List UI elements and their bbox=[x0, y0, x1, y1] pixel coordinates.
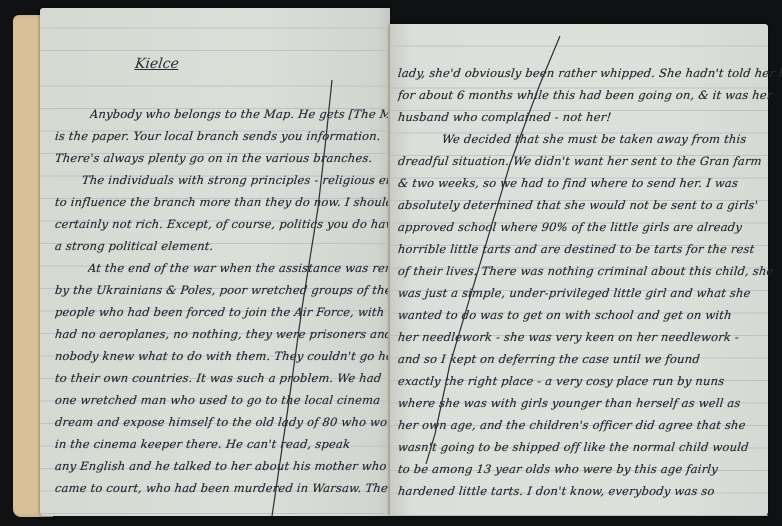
handwritten-line: nobody knew what to do with them. They c… bbox=[54, 348, 412, 364]
handwritten-line: in the cinema keeper there. He can't rea… bbox=[54, 436, 351, 452]
handwritten-line: horrible little tarts and are destined t… bbox=[397, 241, 755, 257]
handwritten-line: her own age, and the children's officer … bbox=[397, 417, 746, 433]
handwritten-line: of their lives. There was nothing crimin… bbox=[397, 263, 774, 279]
handwritten-line: & two weeks, so we had to find where to … bbox=[397, 175, 739, 191]
handwritten-line: lady, she'd obviously been rather whippe… bbox=[397, 65, 782, 81]
handwritten-line: wanted to do was to get on with school a… bbox=[397, 307, 732, 323]
handwritten-line: to influence the branch more than they d… bbox=[54, 194, 413, 210]
handwritten-line: We decided that she must be taken away f… bbox=[441, 131, 747, 147]
handwritten-line: had no aeroplanes, no nothing, they were… bbox=[54, 326, 393, 342]
handwritten-line: came to court, who had been murdered in … bbox=[54, 480, 411, 496]
handwritten-line: any English and he talked to her about h… bbox=[54, 458, 387, 474]
handwritten-line: one wretched man who used to go to the l… bbox=[54, 392, 381, 408]
handwritten-line: At the end of the war when the assistanc… bbox=[87, 260, 428, 276]
handwritten-line: a strong political element. bbox=[54, 238, 214, 254]
handwritten-line: exactly the right place - a very cosy pl… bbox=[397, 373, 725, 389]
handwritten-line: people who had been forced to join the A… bbox=[54, 304, 385, 320]
handwritten-line: was just a simple, under-privileged litt… bbox=[397, 285, 751, 301]
handwritten-line: The individuals with strong principles -… bbox=[81, 172, 402, 188]
handwritten-line: to their own countries. It was such a pr… bbox=[54, 370, 382, 386]
handwritten-line: approved school where 90% of the little … bbox=[397, 219, 743, 235]
handwritten-line: wasn't going to be shipped off like the … bbox=[397, 439, 749, 455]
handwritten-line: hardened little tarts. I don't know, eve… bbox=[397, 483, 715, 499]
handwritten-line: her needlework - she was very keen on he… bbox=[397, 329, 740, 345]
handwritten-line: absolutely determined that she would not… bbox=[397, 197, 759, 213]
handwritten-line: dream and expose himself to the old lady… bbox=[54, 414, 415, 430]
handwritten-line: is the paper. Your local branch sends yo… bbox=[54, 128, 381, 144]
handwritten-line: by the Ukrainians & Poles, poor wretched… bbox=[54, 282, 406, 298]
handwritten-line: dreadful situation. We didn't want her s… bbox=[397, 153, 763, 169]
handwritten-line: husband who complained - not her! bbox=[397, 109, 612, 125]
page-title: Kielce bbox=[134, 56, 180, 72]
handwritten-line: certainly not rich. Except, of course, p… bbox=[54, 216, 400, 232]
right-page: lady, she'd obviously been rather whippe… bbox=[390, 24, 768, 516]
handwritten-line: There's always plenty go on in the vario… bbox=[54, 150, 373, 166]
handwritten-line: to be among 13 year olds who were by thi… bbox=[397, 461, 719, 477]
handwritten-line: for about 6 months while this had been g… bbox=[397, 87, 773, 103]
handwritten-line: where she was with girls younger than he… bbox=[397, 395, 741, 411]
left-page: Kielce Anybody who belongs to the Map. H… bbox=[40, 8, 390, 516]
handwritten-line: and so I kept on deferring the case unti… bbox=[397, 351, 701, 367]
